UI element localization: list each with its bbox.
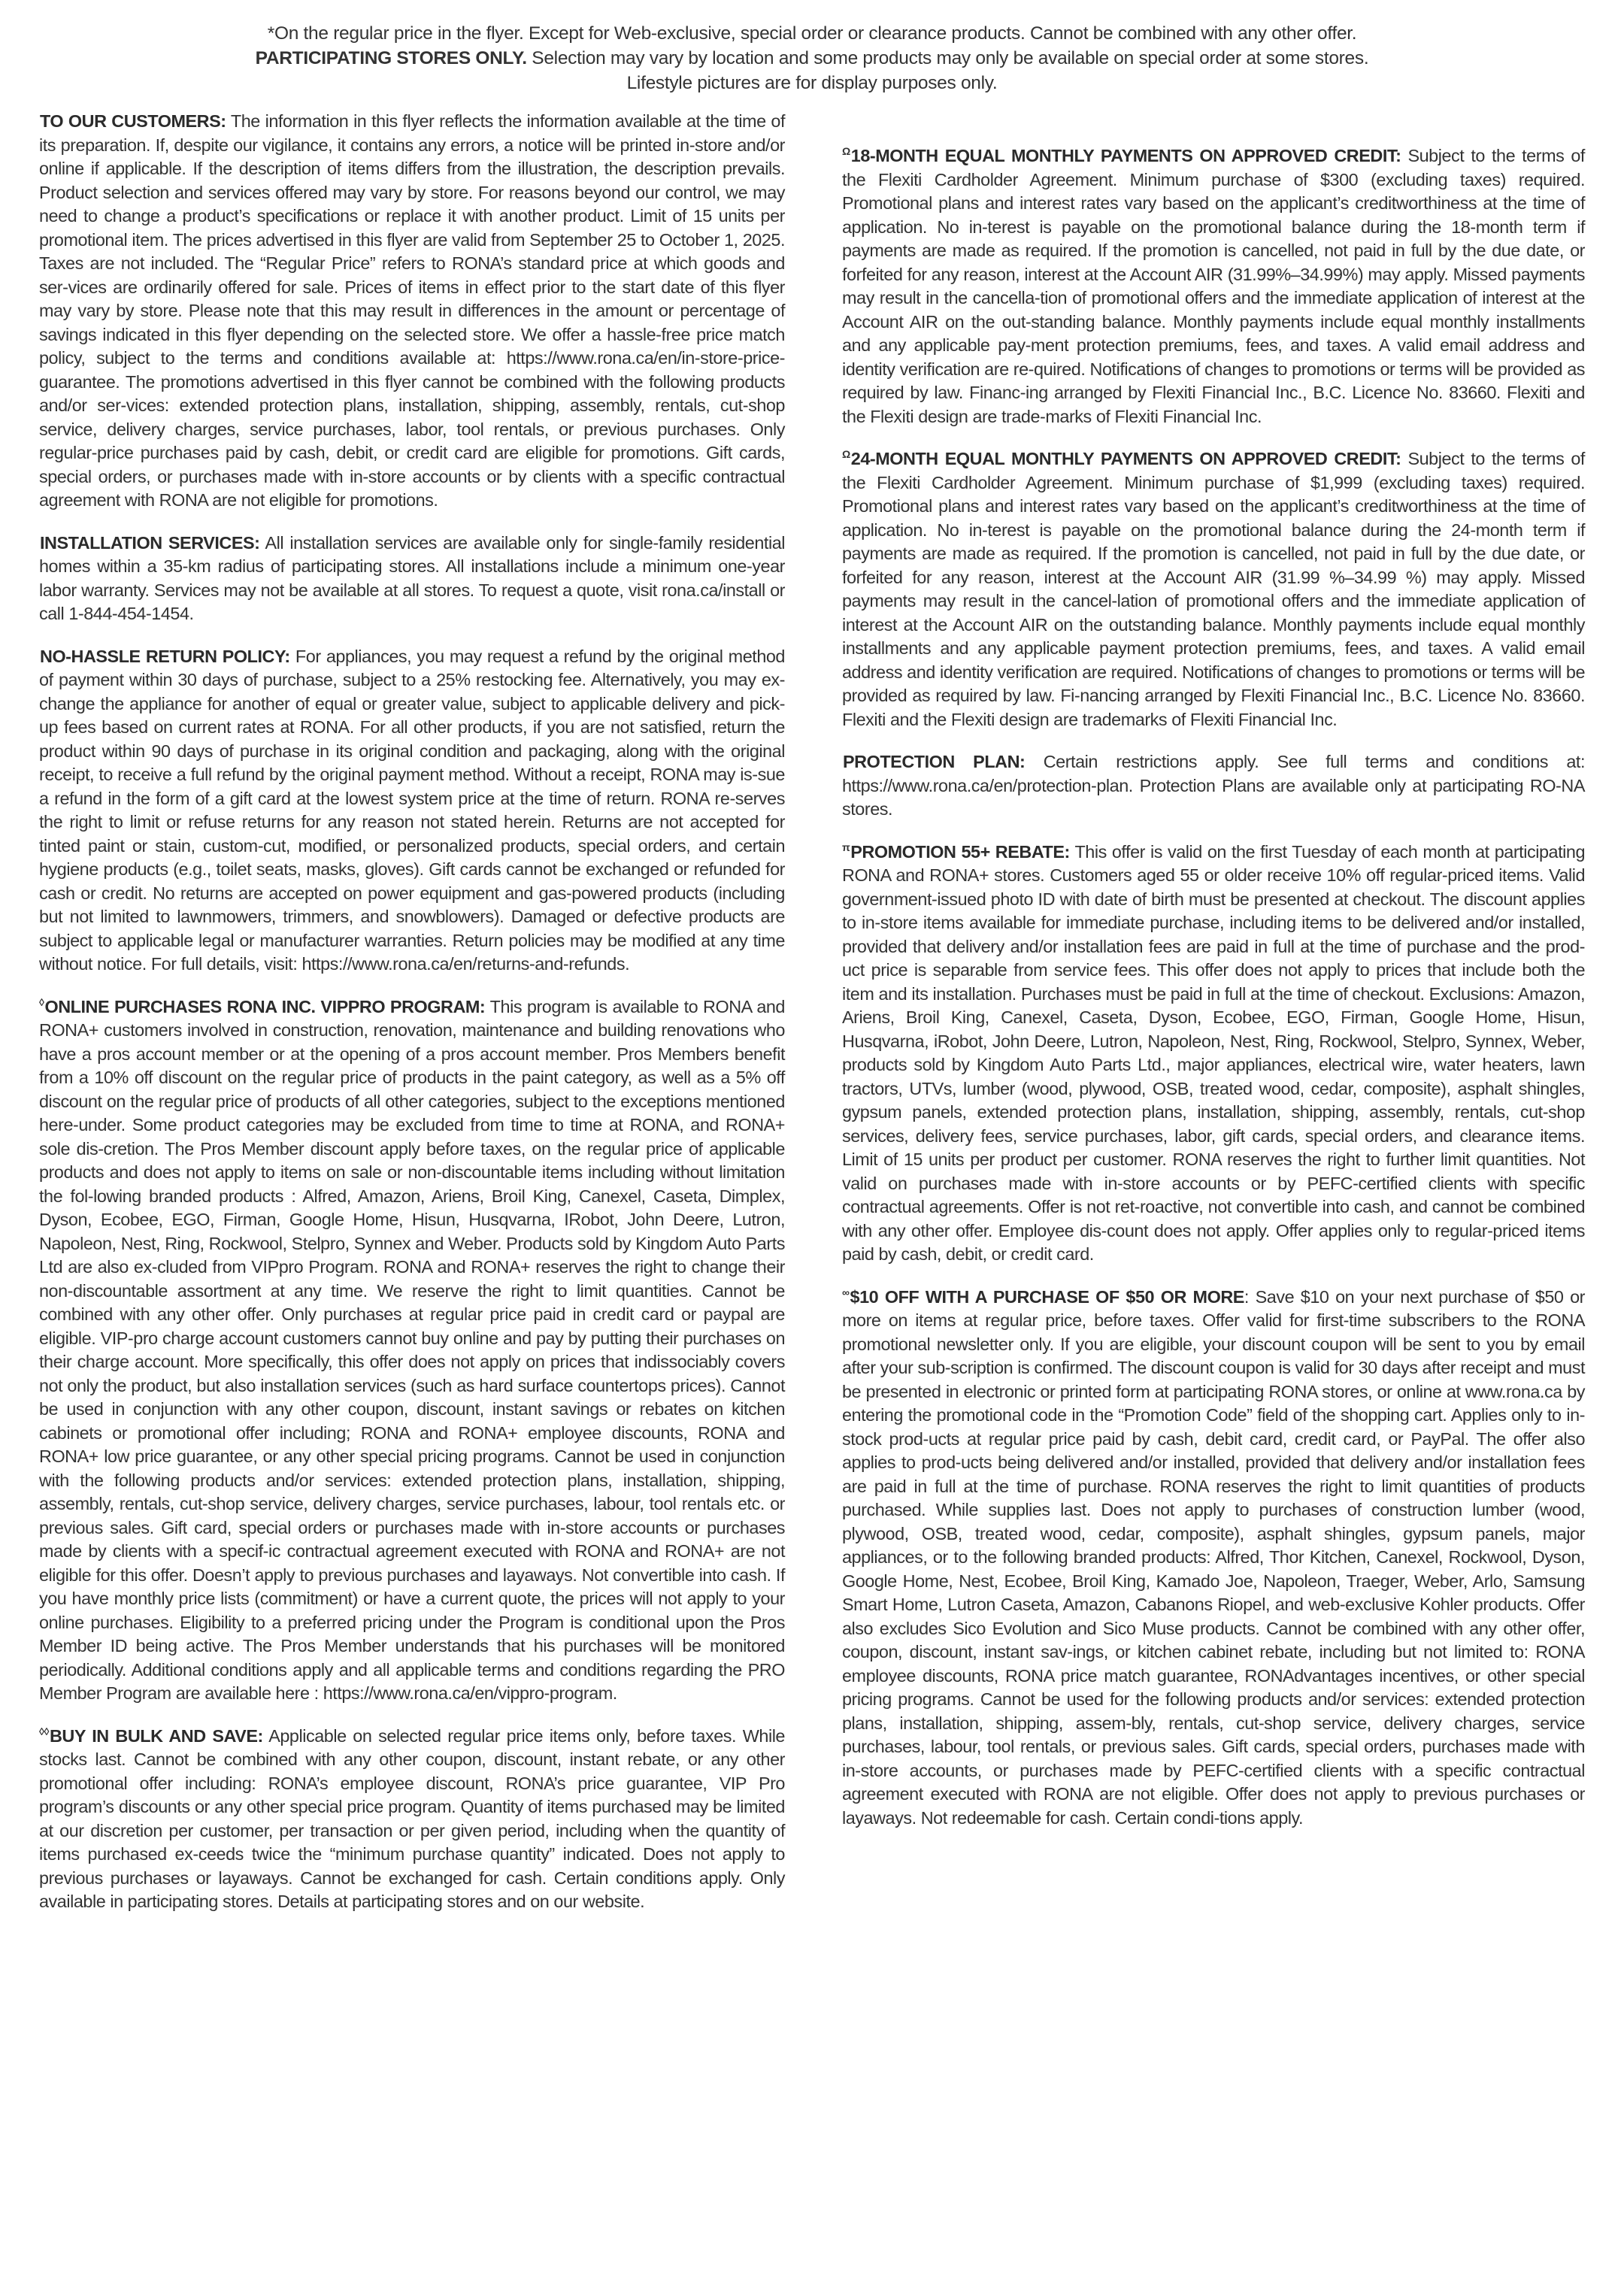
- section-body: Subject to the terms of the Flexiti Card…: [842, 449, 1585, 729]
- section-title: PROTECTION PLAN:: [843, 752, 1025, 771]
- section-title: PROMOTION 55+ REBATE:: [850, 842, 1070, 862]
- diamond-marker-icon: ◊: [39, 996, 44, 1008]
- section-10-off-newsletter: ∞$10 OFF WITH A PURCHASE OF $50 OR MORE:…: [842, 1281, 1585, 1831]
- right-column: Ω18-MONTH EQUAL MONTHLY PAYMENTS ON APPR…: [842, 140, 1585, 1844]
- section-body: This offer is valid on the first Tuesday…: [842, 842, 1585, 1265]
- section-24-month-payments: Ω24-MONTH EQUAL MONTHLY PAYMENTS ON APPR…: [842, 443, 1585, 732]
- section-title: $10 OFF WITH A PURCHASE OF $50 OR MORE: [850, 1287, 1244, 1307]
- section-body: The information in this flyer reflects t…: [39, 111, 785, 510]
- participating-stores-label: PARTICIPATING STORES ONLY.: [256, 48, 527, 68]
- section-title: INSTALLATION SERVICES:: [40, 533, 260, 553]
- header-line-3: Lifestyle pictures are for display purpo…: [0, 71, 1624, 95]
- section-promotion-55-rebate: πPROMOTION 55+ REBATE: This offer is val…: [842, 836, 1585, 1267]
- section-vippro-program: ◊ONLINE PURCHASES RONA INC. VIPPRO PROGR…: [39, 991, 785, 1706]
- section-title: ONLINE PURCHASES RONA INC. VIPPRO PROGRA…: [44, 997, 485, 1016]
- left-column: TO OUR CUSTOMERS: The information in thi…: [39, 105, 785, 1928]
- section-to-our-customers: TO OUR CUSTOMERS: The information in thi…: [39, 105, 785, 513]
- section-title: 18-MONTH EQUAL MONTHLY PAYMENTS ON APPRO…: [851, 146, 1401, 165]
- legal-fine-print-page: *On the regular price in the flyer. Exce…: [0, 0, 1624, 2284]
- section-body: Subject to the terms of the Flexiti Card…: [842, 146, 1585, 426]
- header-disclaimer: *On the regular price in the flyer. Exce…: [0, 21, 1624, 95]
- section-return-policy: NO-HASSLE RETURN POLICY: For appliances,…: [39, 641, 785, 977]
- section-buy-in-bulk: ◊◊BUY IN BULK AND SAVE: Applicable on se…: [39, 1720, 785, 1914]
- section-body: Applicable on selected regular price ite…: [39, 1726, 785, 1912]
- section-18-month-payments: Ω18-MONTH EQUAL MONTHLY PAYMENTS ON APPR…: [842, 140, 1585, 429]
- double-diamond-marker-icon: ◊◊: [39, 1725, 49, 1737]
- section-title: BUY IN BULK AND SAVE:: [50, 1726, 263, 1746]
- section-protection-plan: PROTECTION PLAN: Certain restrictions ap…: [842, 746, 1585, 822]
- infinity-marker-icon: ∞: [842, 1286, 850, 1298]
- section-body: For appliances, you may request a refund…: [39, 647, 785, 974]
- section-title: 24-MONTH EQUAL MONTHLY PAYMENTS ON APPRO…: [851, 449, 1401, 468]
- header-line-2-text: Selection may vary by location and some …: [527, 48, 1369, 68]
- header-line-1: *On the regular price in the flyer. Exce…: [0, 21, 1624, 46]
- section-title: TO OUR CUSTOMERS:: [40, 111, 226, 131]
- section-installation-services: INSTALLATION SERVICES: All installation …: [39, 527, 785, 626]
- section-body: : Save $10 on your next purchase of $50 …: [842, 1287, 1585, 1828]
- header-line-2: PARTICIPATING STORES ONLY. Selection may…: [0, 46, 1624, 71]
- section-body: This program is available to RONA and RO…: [39, 997, 785, 1704]
- omega-marker-icon: Ω: [842, 145, 850, 157]
- omega-marker-icon: Ω: [842, 448, 850, 460]
- pi-marker-icon: π: [842, 841, 850, 853]
- section-title: NO-HASSLE RETURN POLICY:: [40, 647, 290, 666]
